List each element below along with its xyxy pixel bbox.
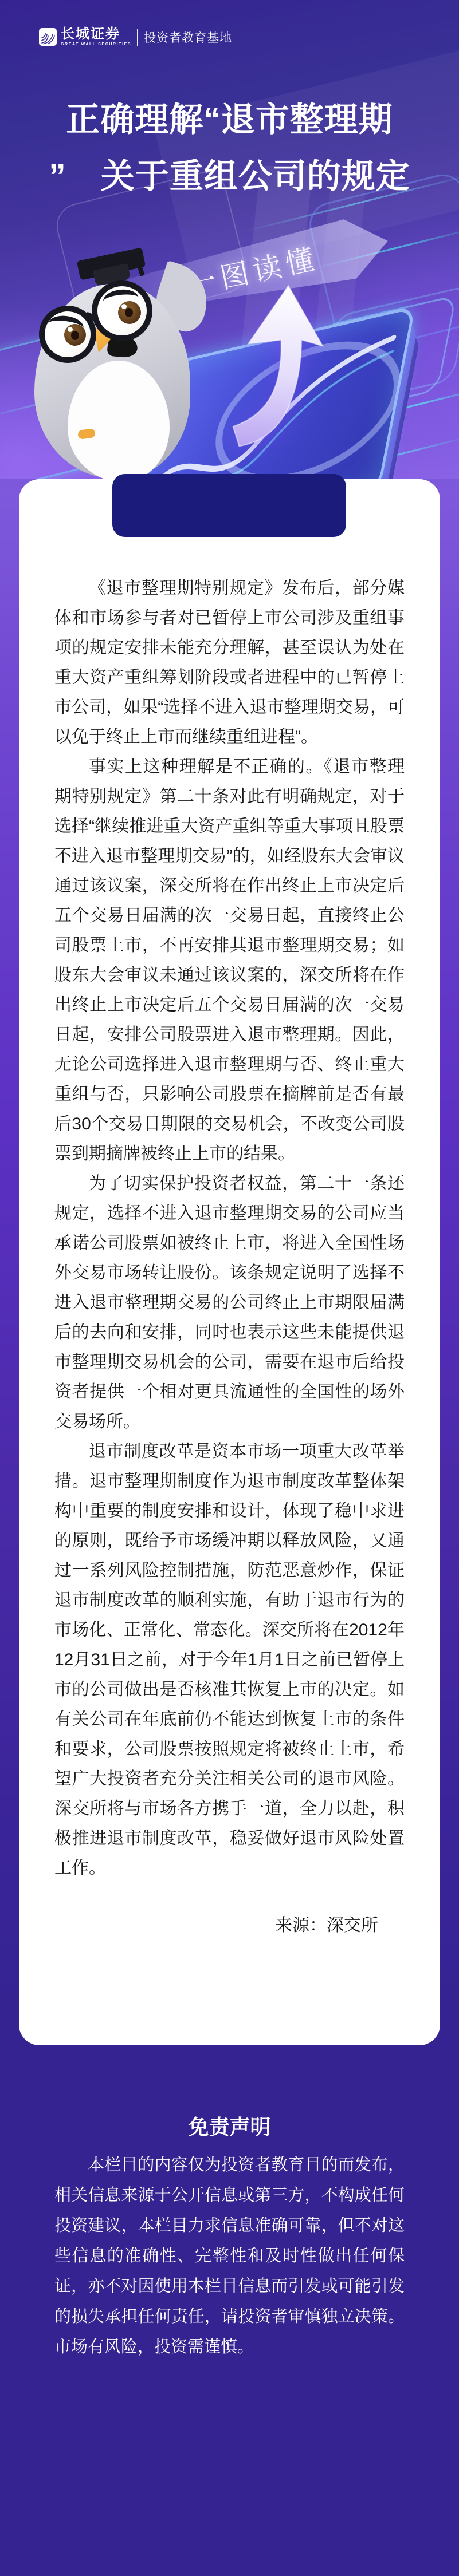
disclaimer-title: 免责声明 bbox=[54, 2113, 405, 2141]
source-attribution: 来源：深交所 bbox=[54, 1911, 405, 1936]
upward-trend-arrow-icon bbox=[222, 275, 342, 456]
disclaimer-body: 本栏目的内容仅为投资者教育目的而发布，相关信息来源于公开信息或第三方，不构成任何… bbox=[54, 2150, 405, 2362]
infographic-page: 长城证券 GREAT WALL SECURITIES 投资者教育基地 正确理解“… bbox=[0, 0, 459, 2576]
page-title-line2: ” 关于重组公司的规定 bbox=[0, 148, 459, 205]
disclaimer-section: 免责声明 本栏目的内容仅为投资者教育目的而发布，相关信息来源于公开信息或第三方，… bbox=[54, 2113, 405, 2362]
article-paragraph: 退市制度改革是资本市场一项重大改革举措。退市整理期制度作为退市制度改革整体架构中… bbox=[54, 1437, 405, 1883]
card-top-tab-decoration bbox=[112, 474, 346, 537]
page-title: 正确理解“退市整理期 ” 关于重组公司的规定 bbox=[0, 92, 459, 205]
greatwall-logo-icon bbox=[39, 28, 57, 46]
brand-name-en: GREAT WALL SECURITIES bbox=[61, 42, 131, 46]
owl-left-pupil bbox=[71, 331, 79, 340]
article-paragraph: 《退市整理期特别规定》发布后，部分媒体和市场参与者对已暂停上市公司涉及重组事项的… bbox=[54, 574, 405, 752]
owl-right-pupil bbox=[125, 308, 133, 317]
owl-right-eye-highlight bbox=[121, 304, 127, 309]
owl-left-eye bbox=[64, 324, 86, 346]
owl-mascot-icon bbox=[30, 251, 207, 479]
brand-text-block: 长城证券 GREAT WALL SECURITIES bbox=[61, 27, 131, 46]
article-card: 《退市整理期特别规定》发布后，部分媒体和市场参与者对已暂停上市公司涉及重组事项的… bbox=[19, 479, 440, 2045]
brand-tagline: 投资者教育基地 bbox=[144, 29, 232, 46]
article-paragraph: 事实上这种理解是不正确的。《退市整理期特别规定》第二十条对此有明确规定，对于选择… bbox=[54, 752, 405, 1169]
owl-cap-tassel bbox=[137, 265, 144, 276]
owl-left-eye-highlight bbox=[68, 327, 73, 332]
article-paragraph: 为了切实保护投资者权益，第二十一条还规定，选择不进入退市整理期交易的公司应当承诺… bbox=[54, 1169, 405, 1437]
brand-name-cn: 长城证券 bbox=[61, 27, 131, 41]
owl-right-eye bbox=[118, 301, 141, 324]
owl-right-glasses-lens bbox=[92, 280, 152, 341]
hero-section: 长城证券 GREAT WALL SECURITIES 投资者教育基地 正确理解“… bbox=[0, 0, 459, 479]
page-title-line1: 正确理解“退市整理期 bbox=[0, 92, 459, 148]
brand-divider bbox=[137, 29, 138, 46]
brand-header: 长城证券 GREAT WALL SECURITIES 投资者教育基地 bbox=[39, 27, 232, 46]
